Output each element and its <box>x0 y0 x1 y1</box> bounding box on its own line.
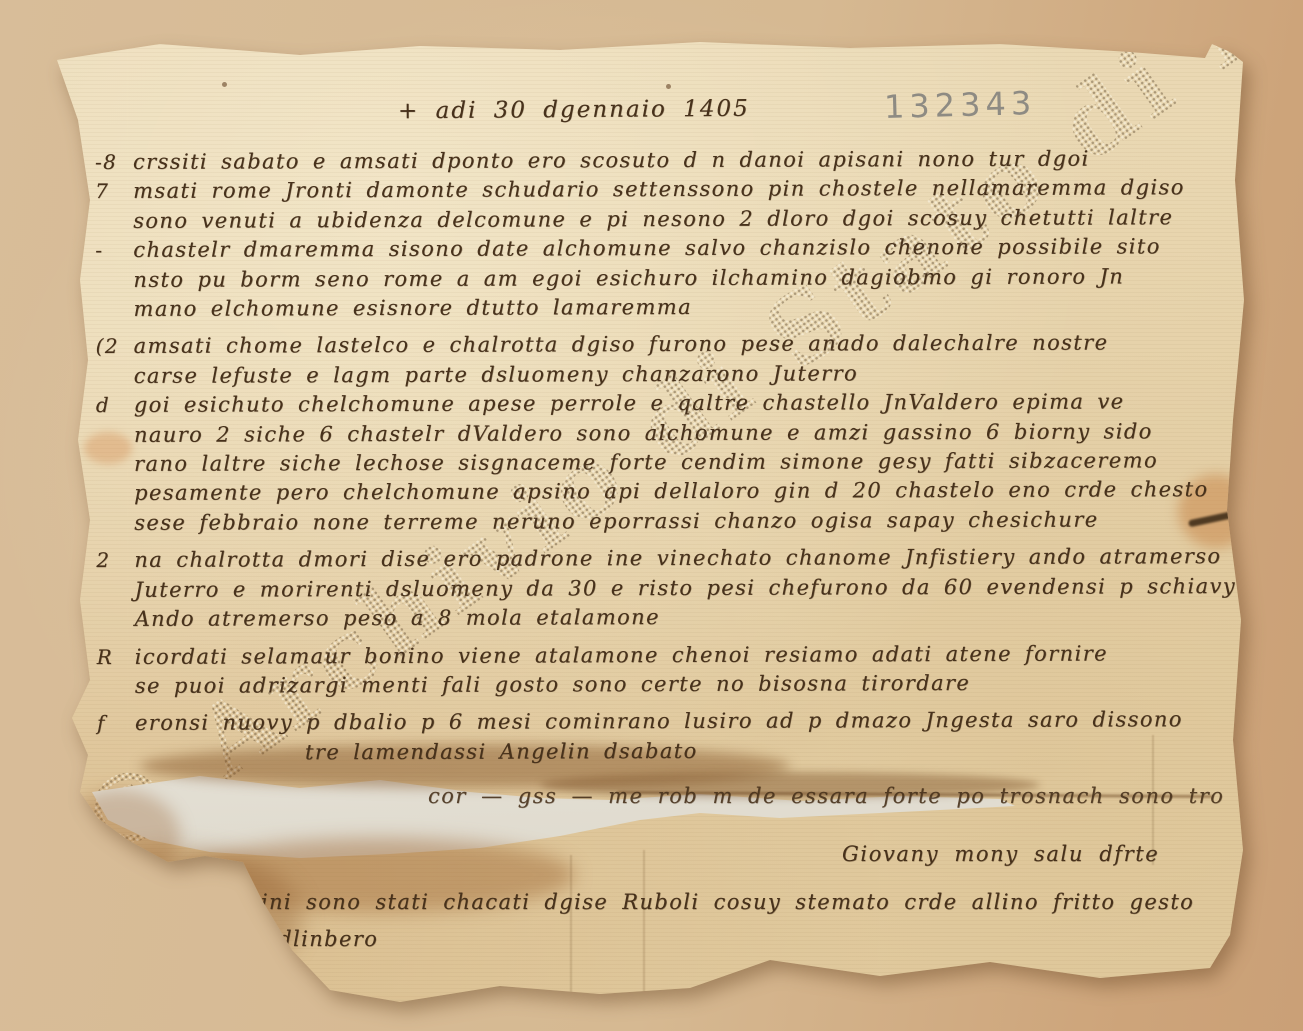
manuscript-line: nauro 2 siche 6 chastelr dValdero sono a… <box>96 417 1256 450</box>
margin-marker: 7 <box>95 177 133 207</box>
manuscript-line: (2amsati chome lastelco e chalrotta dgis… <box>96 328 1256 361</box>
line-text: na chalrotta dmori dise ero padrone ine … <box>134 542 1221 575</box>
torn-fragment-line: cor — gss — me rob m de essara forte po … <box>428 784 1224 808</box>
manuscript-line: -chastelr dmaremma sisono date alchomune… <box>95 232 1255 265</box>
paper-shadow-wrap: © Archivio di Stato di Prato + adi 30 dg… <box>0 0 1303 1031</box>
copyright-watermark: © Archivio di Stato di Prato <box>58 0 1303 929</box>
scan-stage: © Archivio di Stato di Prato + adi 30 dg… <box>0 0 1303 1031</box>
postscript-line: dutti efiorentini sono stati chacati dgi… <box>94 884 1194 921</box>
manuscript-line: sono venuti a ubidenza delcomune e pi ne… <box>95 203 1255 236</box>
margin-marker <box>96 421 134 451</box>
margin-marker <box>97 672 135 702</box>
tear-white-gap <box>0 0 1303 1031</box>
line-text: sono venuti a ubidenza delcomune e pi ne… <box>133 203 1173 236</box>
margin-marker <box>95 266 133 296</box>
stain <box>1178 474 1254 548</box>
fold-crease <box>570 855 572 1005</box>
line-text: amsati chome lastelco e chalrotta dgiso … <box>134 329 1109 362</box>
margin-marker: R <box>97 642 135 672</box>
manuscript-line: tre lamendassi Angelin dsabato <box>97 735 1257 768</box>
line-text: mano elchomune esisnore dtutto lamaremma <box>133 293 692 324</box>
manuscript-line: sese febbraio none terreme neruno eporra… <box>96 505 1256 538</box>
line-text: pesamente pero chelchomune apsino api de… <box>134 476 1208 509</box>
fold-crease <box>1152 735 1154 865</box>
archive-number-pencil: 132343 <box>884 84 1037 126</box>
ink-speck <box>222 82 227 87</box>
manuscript-line: dgoi esichuto chelchomune apese perrole … <box>96 387 1256 420</box>
margin-marker: (2 <box>96 332 134 362</box>
line-text: se puoi adrizargi menti fali gosto sono … <box>135 669 971 701</box>
manuscript-line: nsto pu borm seno rome a am egoi esichur… <box>95 262 1255 295</box>
manuscript-line: pesamente pero chelchomune apsino api de… <box>96 475 1256 508</box>
line-text: nsto pu borm seno rome a am egoi esichur… <box>133 262 1124 295</box>
manuscript-line: feronsi nuovy p dbalio p 6 mesi cominran… <box>97 705 1257 738</box>
manuscript-lines: -8crssiti sabato e amsati dponto ero sco… <box>95 144 1257 768</box>
margin-marker <box>95 295 133 325</box>
postscript-block: dutti efiorentini sono stati chacati dgi… <box>94 884 1194 958</box>
line-text: crssiti sabato e amsati dponto ero scosu… <box>133 145 1090 178</box>
margin-marker <box>95 207 133 237</box>
manuscript-line: se puoi adrizargi menti fali gosto sono … <box>97 668 1257 701</box>
margin-marker <box>96 509 134 539</box>
manuscript-line: Juterro e morirenti dsluomeny da 30 e ri… <box>96 572 1256 605</box>
margin-marker <box>96 362 134 392</box>
postscript-line: pl achaestre dlinbero <box>110 921 1194 958</box>
header-date: + adi 30 dgennaio 1405 <box>398 96 750 124</box>
line-text: icordati selamaur bonino viene atalamone… <box>135 639 1108 672</box>
margin-marker <box>96 576 134 606</box>
manuscript-line: carse lefuste e lagm parte dsluomeny cha… <box>96 358 1256 391</box>
manuscript-line: rano laltre siche lechose sisgnaceme for… <box>96 446 1256 479</box>
line-text: carse lefuste e lagm parte dsluomeny cha… <box>134 359 858 391</box>
stain <box>540 772 1040 798</box>
fold-crease <box>643 850 645 1005</box>
margin-marker <box>97 605 135 635</box>
tear-crack-line <box>618 791 1213 798</box>
manuscript-line: Ando atremerso peso a 8 mola etalamone <box>97 601 1257 634</box>
margin-marker: d <box>96 391 134 421</box>
margin-marker: f <box>97 709 135 739</box>
manuscript-line: -8crssiti sabato e amsati dponto ero sco… <box>95 144 1255 177</box>
line-text: chastelr dmaremma sisono date alchomune … <box>133 233 1161 266</box>
margin-marker: - <box>95 236 133 266</box>
signature-line: Giovany mony salu dfrte <box>842 842 1159 866</box>
stain <box>52 848 302 988</box>
manuscript-page: © Archivio di Stato di Prato + adi 30 dg… <box>0 0 1303 1031</box>
line-text: Ando atremerso peso a 8 mola etalamone <box>135 603 660 634</box>
margin-marker <box>96 479 134 509</box>
stain <box>60 790 180 880</box>
margin-marker <box>96 450 134 480</box>
margin-marker: -8 <box>95 148 133 178</box>
stain <box>140 744 790 788</box>
line-text: goi esichuto chelchomune apese perrole e… <box>134 388 1125 421</box>
stain <box>84 432 132 464</box>
line-text: tre lamendassi Angelin dsabato <box>305 737 698 768</box>
line-text: eronsi nuovy p dbalio p 6 mesi cominrano… <box>135 706 1183 739</box>
manuscript-line: Ricordati selamaur bonino viene atalamon… <box>97 638 1257 671</box>
line-text: Juterro e morirenti dsluomeny da 30 e ri… <box>134 572 1236 605</box>
margin-marker: 2 <box>96 546 134 576</box>
manuscript-line: 2na chalrotta dmori dise ero padrone ine… <box>96 542 1256 575</box>
line-text: rano laltre siche lechose sisgnaceme for… <box>134 446 1158 479</box>
manuscript-line: 7msati rome Jronti damonte schudario set… <box>95 173 1255 206</box>
stain <box>185 838 575 912</box>
manuscript-line: mano elchomune esisnore dtutto lamaremma <box>95 291 1255 324</box>
ink-speck <box>666 84 671 89</box>
margin-marker <box>97 739 135 769</box>
ink-streak-stain <box>1188 508 1250 528</box>
line-text: msati rome Jronti damonte schudario sett… <box>133 174 1185 207</box>
line-text: sese febbraio none terreme neruno eporra… <box>134 505 1098 538</box>
line-text: nauro 2 siche 6 chastelr dValdero sono a… <box>134 417 1153 450</box>
